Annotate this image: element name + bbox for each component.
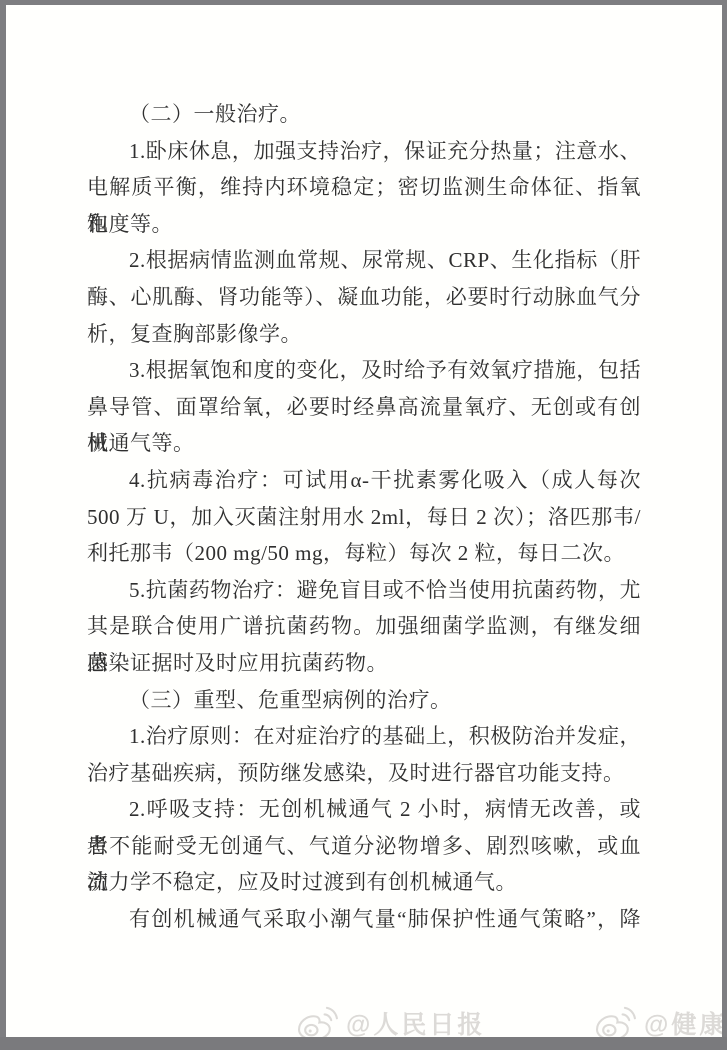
watermark-peoples-daily: @人民日报 <box>296 1005 485 1037</box>
watermark-label: @人民日报 <box>346 1005 485 1037</box>
text-line: 动力学不稳定，应及时过渡到有创机械通气。 <box>87 864 641 901</box>
watermark-label: @健康中国 <box>644 1005 722 1037</box>
weibo-icon <box>296 1005 338 1037</box>
text-line: 者不能耐受无创通气、气道分泌物增多、剧烈咳嗽，或血流 <box>87 828 641 865</box>
text-line: 治疗基础疾病，预防继发感染，及时进行器官功能支持。 <box>87 755 641 792</box>
text-line: 3.根据氧饱和度的变化，及时给予有效氧疗措施，包括 <box>87 352 641 389</box>
section-heading: （二）一般治疗。 <box>87 96 641 133</box>
text-line: 其是联合使用广谱抗菌药物。加强细菌学监测，有继发细菌 <box>87 608 641 645</box>
text-line: 利托那韦（200 mg/50 mg，每粒）每次 2 粒，每日二次。 <box>87 535 641 572</box>
text-line: 500 万 U，加入灭菌注射用水 2ml，每日 2 次）；洛匹那韦/ <box>87 499 641 536</box>
text-line: 和度等。 <box>87 206 641 243</box>
watermark-healthy-china: @健康中国 <box>594 1005 722 1037</box>
text-line: 2.根据病情监测血常规、尿常规、CRP、生化指标（肝 <box>87 242 641 279</box>
document-page: （二）一般治疗。 1.卧床休息，加强支持治疗，保证充分热量；注意水、 电解质平衡… <box>6 5 722 1037</box>
bottom-bar <box>0 1037 727 1050</box>
text-line: 械通气等。 <box>87 425 641 462</box>
text-line: 1.治疗原则：在对症治疗的基础上，积极防治并发症， <box>87 718 641 755</box>
text-line: 析，复查胸部影像学。 <box>87 316 641 353</box>
text-line: 鼻导管、面罩给氧，必要时经鼻高流量氧疗、无创或有创机 <box>87 389 641 426</box>
document-text: （二）一般治疗。 1.卧床休息，加强支持治疗，保证充分热量；注意水、 电解质平衡… <box>87 96 641 938</box>
text-line: 电解质平衡，维持内环境稳定；密切监测生命体征、指氧饱 <box>87 169 641 206</box>
section-heading: （三）重型、危重型病例的治疗。 <box>87 682 641 719</box>
text-line: 2.呼吸支持：无创机械通气 2 小时，病情无改善，或患 <box>87 791 641 828</box>
weibo-icon <box>594 1005 636 1037</box>
text-line: 1.卧床休息，加强支持治疗，保证充分热量；注意水、 <box>87 133 641 170</box>
text-line: 酶、心肌酶、肾功能等）、凝血功能，必要时行动脉血气分 <box>87 279 641 316</box>
text-line: 感染证据时及时应用抗菌药物。 <box>87 645 641 682</box>
text-line: 5.抗菌药物治疗：避免盲目或不恰当使用抗菌药物，尤 <box>87 572 641 609</box>
text-line: 4.抗病毒治疗：可试用α-干扰素雾化吸入（成人每次 <box>87 462 641 499</box>
text-line: 有创机械通气采取小潮气量“肺保护性通气策略”，降 <box>87 901 641 938</box>
